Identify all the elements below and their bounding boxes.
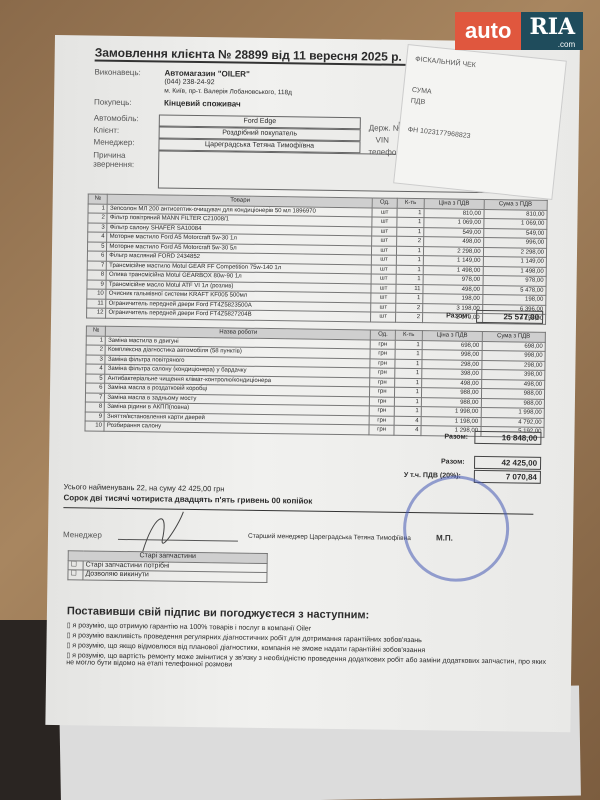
works-table: №Назва роботиОд.К-тьЦіна з ПДВСума з ПДВ… — [84, 325, 545, 437]
goods-total-label: Разом: — [446, 312, 470, 319]
warranty-section: Поставивши свій підпис ви погоджуєтеся з… — [66, 605, 547, 675]
column-header: Од. — [371, 330, 396, 340]
signature-position: Старший менеджер Цареградська Тетяна Тим… — [248, 533, 411, 542]
brand-auto: auto — [455, 12, 521, 50]
works-total: 16 848,00 — [474, 431, 541, 445]
client-label: Клієнт: — [94, 126, 120, 135]
grand-total-label: Разом: — [441, 458, 465, 465]
vin-label: VIN — [376, 135, 389, 144]
amount-in-words: Сорок дві тисячі чотириста двадцять п'ят… — [63, 493, 312, 505]
goods-table: №ТовариОд.К-тьЦіна з ПДВСума з ПДВ1Зепсо… — [86, 193, 548, 324]
plate-label: Держ. № — [369, 123, 402, 132]
old-parts-option: Дозволяю викинути — [83, 570, 267, 582]
goods-total: 25 577,00 — [476, 310, 543, 324]
executor-address: м. Київ, пр-т. Валерія Лобановського, 11… — [164, 88, 292, 97]
executor-phone: (044) 238-24-92 — [164, 79, 214, 87]
signature-label: Менеджер — [63, 530, 102, 540]
column-header: К-ть — [397, 198, 424, 208]
car-label: Автомобіль: — [94, 114, 139, 124]
manager-label: Менеджер: — [93, 138, 134, 148]
checkbox-needed[interactable]: ☐ — [68, 560, 83, 570]
receipt-line: ФН 1023177968823 — [407, 125, 549, 151]
executor-label: Виконавець: — [94, 68, 140, 78]
column-header: Од. — [373, 198, 398, 208]
receipt-line: ФІСКАЛЬНИЙ ЧЕК — [415, 54, 557, 80]
checkbox-discard[interactable]: ☐ — [68, 570, 83, 580]
column-header: № — [88, 194, 108, 204]
warranty-title: Поставивши свій підпис ви погоджуєтеся з… — [67, 605, 547, 624]
stamp-text: М.П. — [436, 533, 453, 542]
column-header: № — [86, 326, 106, 336]
vat-total: 7 070,84 — [474, 470, 541, 484]
fiscal-receipt: ФІСКАЛЬНИЙ ЧЕК СУМА ПДВ ФН 1023177968823 — [393, 44, 567, 200]
grand-total: 42 425,00 — [474, 456, 541, 470]
works-total-label: Разом: — [444, 433, 468, 440]
reason-label: Причина звернення: — [93, 151, 148, 170]
old-parts-table: Старі запчастини ☐Старі запчастини потрі… — [67, 550, 267, 582]
count-line: Усього найменувань 22, на суму 42 425,00… — [64, 482, 225, 493]
buyer-label: Покупець: — [94, 98, 132, 108]
stamp: М.П. — [402, 475, 509, 582]
executor-name: Автомагазин "OILER" — [164, 69, 249, 79]
autoria-watermark: auto RIA.com — [455, 12, 583, 50]
column-header: К-ть — [395, 330, 422, 340]
brand-ria: RIA.com — [521, 12, 583, 50]
buyer-value: Кінцевий споживач — [164, 99, 241, 109]
signature-scribble — [133, 506, 194, 557]
